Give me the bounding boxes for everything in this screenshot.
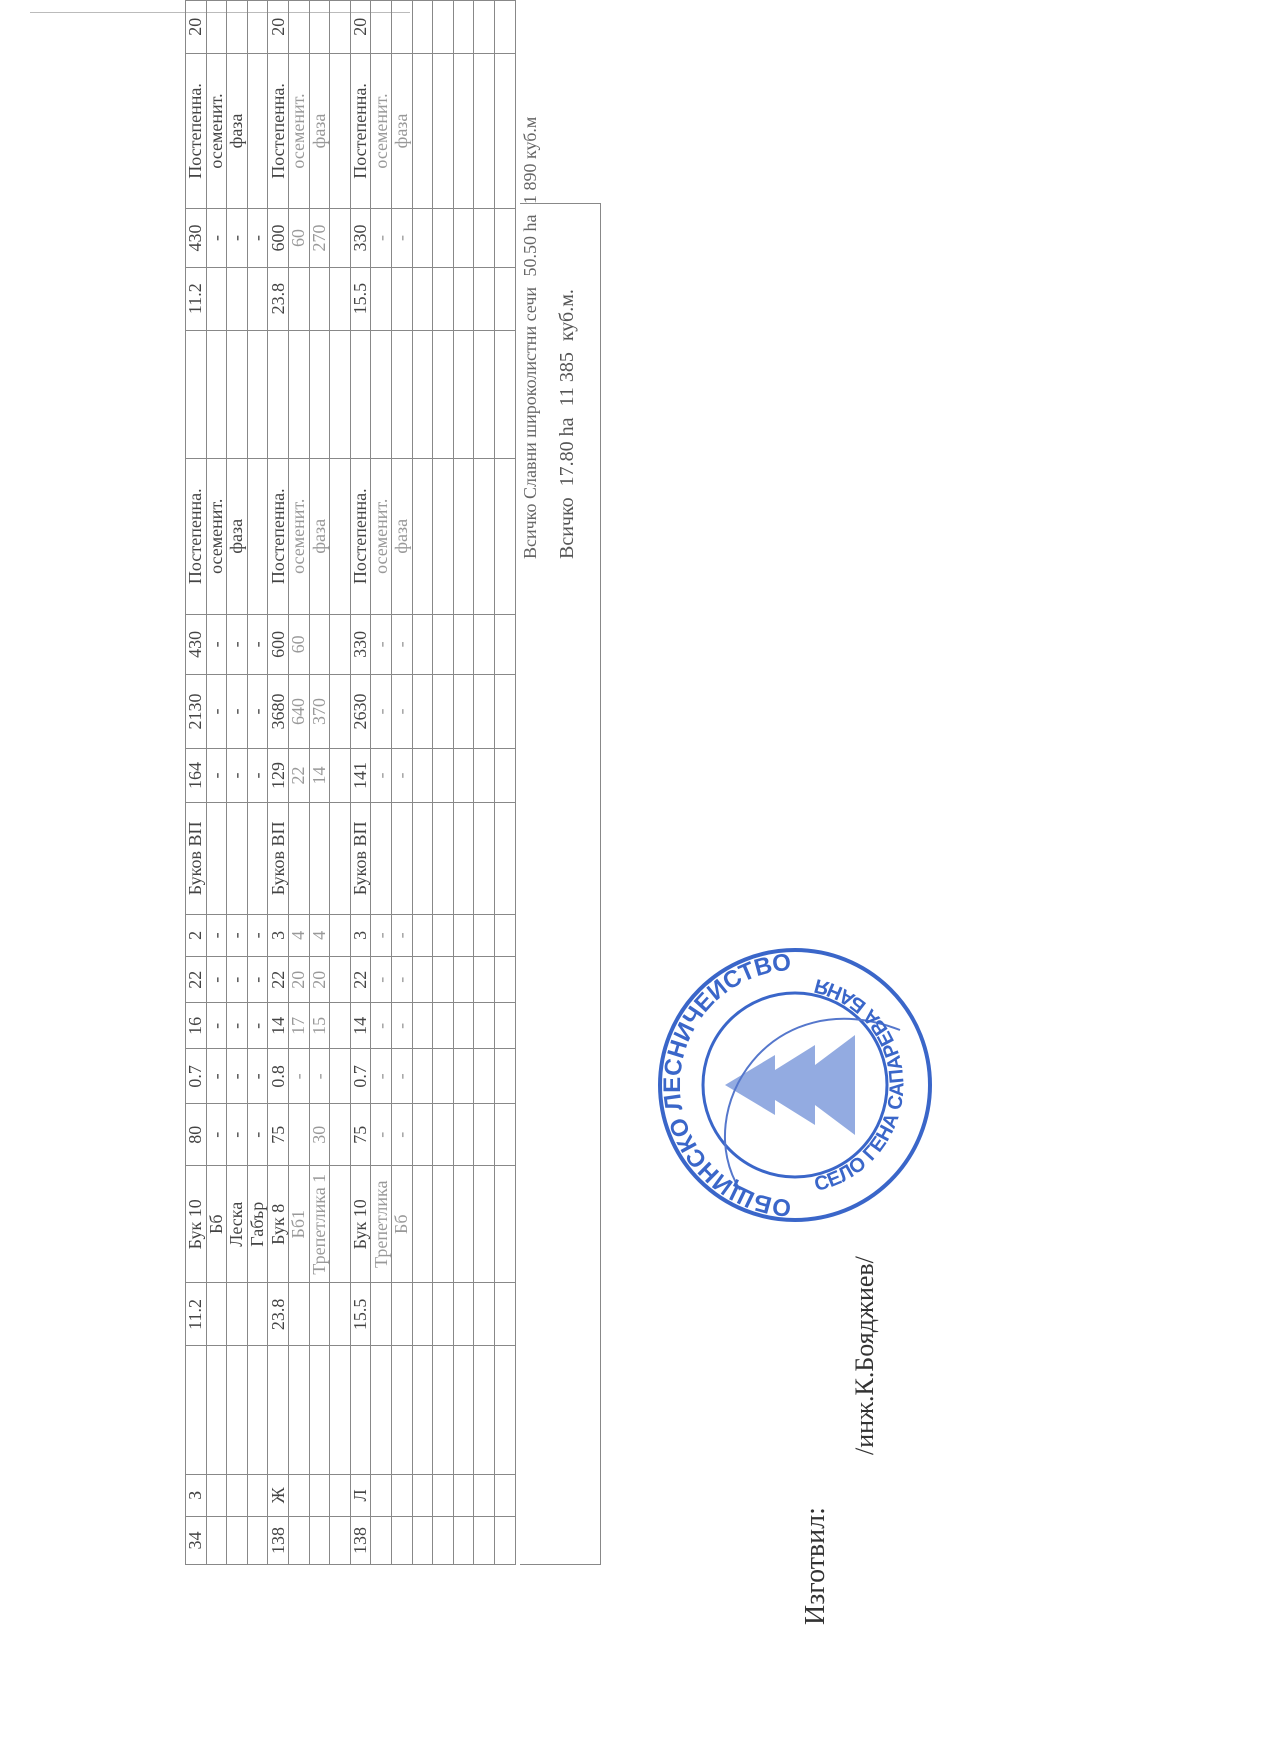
table-cell [309,614,330,675]
table-cell: - [391,1003,412,1049]
table-cell [494,330,515,458]
table-cell [433,675,454,749]
table-row: 138Ж23.8Бук 8750.814223Буков ВП129368060… [268,1,289,1565]
table-cell: Бб [391,1166,412,1283]
table-row: 34З11.2Бук 10800.716222Буков ВП164213043… [186,1,207,1565]
table-cell [453,1474,474,1517]
table-cell [453,209,474,267]
table-cell: 164 [186,748,207,802]
table-cell: 14 [309,748,330,802]
table-cell [247,458,268,614]
table-row: 138Л15.5Бук 10750.714223Буков ВП14126303… [350,1,371,1565]
table-cell [206,1,227,54]
table-cell [206,330,227,458]
table-cell [206,1517,227,1565]
table-cell [288,330,309,458]
table-cell [412,53,433,209]
table-cell: - [247,675,268,749]
table-cell [330,957,351,1003]
table-cell [453,1517,474,1565]
table-cell [330,1166,351,1283]
table-cell [371,1517,392,1565]
table-cell [494,458,515,614]
table-cell: - [309,1049,330,1104]
table-cell [247,267,268,330]
table-cell: 330 [350,614,371,675]
table-cell [453,1346,474,1474]
table-cell [371,267,392,330]
table-cell [309,803,330,915]
table-cell [474,53,495,209]
table-cell [474,267,495,330]
table-cell: 3 [268,914,289,957]
table-cell [371,1,392,54]
table-cell: 270 [309,209,330,267]
table-row: Бб--------фаза-фаза [391,1,412,1565]
table-cell [412,1104,433,1166]
table-cell: - [247,748,268,802]
table-cell [227,1,248,54]
table-cell: - [371,957,392,1003]
table-cell [474,675,495,749]
table-cell [494,1474,515,1517]
table-cell [433,53,454,209]
table-cell: 3680 [268,675,289,749]
totals-all-label: Всичко [556,497,578,559]
table-row: Бб1-172042264060осеменит.60осеменит. [288,1,309,1565]
table-cell: осеменит. [206,53,227,209]
table-cell [474,957,495,1003]
table-cell: - [227,675,248,749]
totals-all-line: Всичко 17.80 ha 11 385 куб.м. [556,289,579,565]
table-cell: - [206,914,227,957]
table-cell [453,748,474,802]
totals-broadleaf-line: Всичко Славни широколистни сечи 50.50 ha… [520,117,541,565]
table-cell: 60 [288,614,309,675]
table-cell: Постепенна. [268,458,289,614]
table-cell [433,803,454,915]
totals-broadleaf-label: Всичко Славни широколистни сечи [520,287,540,559]
table-cell [453,614,474,675]
table-cell [288,267,309,330]
table-cell: - [247,614,268,675]
table-cell [247,1517,268,1565]
table-cell [494,267,515,330]
table-cell [474,748,495,802]
table-cell [453,1,474,54]
table-cell [391,330,412,458]
table-cell [474,458,495,614]
table-cell: 138 [268,1517,289,1565]
table-cell [330,675,351,749]
table-cell [474,1474,495,1517]
table-cell: 22 [268,957,289,1003]
table-cell: - [371,1003,392,1049]
totals-all-volume: 11 385 [556,352,578,406]
table-cell: Буков ВП [268,803,289,915]
table-cell: - [391,914,412,957]
totals-all-unit: куб.м. [556,289,578,341]
table-cell: - [227,748,248,802]
table-cell [412,1517,433,1565]
table-cell: 15 [309,1003,330,1049]
table-cell [391,1346,412,1474]
table-cell [268,330,289,458]
table-cell [206,1346,227,1474]
table-row: Леска--------фаза-фаза [227,1,248,1565]
table-cell: 2130 [186,675,207,749]
table-cell [330,1474,351,1517]
table-cell [433,1049,454,1104]
table-cell [474,1283,495,1346]
table-cell [247,1,268,54]
table-cell: 80 [186,1104,207,1166]
table-cell [412,1166,433,1283]
table-cell [330,1049,351,1104]
table-cell [330,458,351,614]
table-cell [288,1346,309,1474]
table-cell: - [206,748,227,802]
table-cell: - [371,914,392,957]
table-cell [433,1517,454,1565]
table-cell: 0.7 [350,1049,371,1104]
table-cell [494,748,515,802]
table-cell [412,267,433,330]
table-cell [391,1517,412,1565]
table-cell [412,1003,433,1049]
table-cell: - [371,209,392,267]
table-cell [453,914,474,957]
table-cell: фаза [391,458,412,614]
table-cell: Л [350,1474,371,1517]
table-cell [206,1283,227,1346]
table-cell [494,914,515,957]
table-cell: - [227,957,248,1003]
table-cell [412,1049,433,1104]
table-cell: - [247,1003,268,1049]
totals-broadleaf-area: 50.50 ha [520,214,540,276]
table-cell [453,1283,474,1346]
table-cell: 23.8 [268,267,289,330]
table-cell [247,330,268,458]
table-cell [433,1003,454,1049]
table-cell: Буков ВП [350,803,371,915]
prepared-by-name: /инж.К.Бояджиев/ [850,1256,880,1455]
table-cell: 20 [350,1,371,54]
table-cell: - [206,1049,227,1104]
table-cell [227,1283,248,1346]
table-cell [412,1346,433,1474]
table-cell: фаза [309,458,330,614]
table-cell: 23.8 [268,1283,289,1346]
table-cell [494,1166,515,1283]
table-cell [433,1166,454,1283]
table-cell: осеменит. [288,458,309,614]
table-cell [433,267,454,330]
table-cell [433,614,454,675]
table-cell [453,675,474,749]
table-cell [330,1517,351,1565]
table-cell: фаза [391,53,412,209]
table-cell [330,1003,351,1049]
table-cell: 22 [186,957,207,1003]
table-cell [494,53,515,209]
table-cell: осеменит. [206,458,227,614]
table-cell: 15.5 [350,267,371,330]
table-cell: Габър [247,1166,268,1283]
table-cell [494,614,515,675]
table-cell [350,1346,371,1474]
table-cell [433,330,454,458]
table-cell [412,614,433,675]
table-cell [474,803,495,915]
table-row [494,1,515,1565]
table-cell: 2630 [350,675,371,749]
table-cell [309,1474,330,1517]
table-cell: - [227,1003,248,1049]
table-cell: - [227,614,248,675]
table-cell: 138 [350,1517,371,1565]
table-cell [453,330,474,458]
table-cell [494,1049,515,1104]
table-cell [330,209,351,267]
table-cell [227,1474,248,1517]
table-row [453,1,474,1565]
table-cell: Бб [206,1166,227,1283]
table-cell [288,1474,309,1517]
table-row: Габър--------- [247,1,268,1565]
table-cell [453,53,474,209]
forestry-stamp-icon: ОБЩИНСКО ЛЕСНИЧЕЙСТВО СЕЛО ГЕНА САПАРЕВА… [650,940,940,1230]
table-cell [227,1517,248,1565]
table-cell [453,267,474,330]
table-cell: - [391,209,412,267]
table-cell: Ж [268,1474,289,1517]
table-cell: - [247,1049,268,1104]
table-cell: Бук 10 [186,1166,207,1283]
table-cell: 15.5 [350,1283,371,1346]
table-row: Трепетлика--------осеменит.-осеменит. [371,1,392,1565]
table-cell [433,458,454,614]
table-cell: - [391,675,412,749]
table-cell: - [227,1104,248,1166]
table-cell [330,748,351,802]
table-cell [288,1104,309,1166]
table-cell [494,1283,515,1346]
table-cell [330,1104,351,1166]
table-cell [494,209,515,267]
table-cell: Трепетлика [371,1166,392,1283]
totals-broadleaf-volume: 1 890 куб.м [520,117,540,204]
table-cell [412,209,433,267]
table-cell [330,614,351,675]
table-cell: - [227,209,248,267]
table-cell: 0.7 [186,1049,207,1104]
table-cell [227,803,248,915]
table-cell [391,267,412,330]
table-cell [453,458,474,614]
table-cell [412,330,433,458]
table-cell [412,458,433,614]
table-cell [309,1,330,54]
table-cell [494,1,515,54]
table-cell [371,330,392,458]
table-cell [330,1346,351,1474]
table-cell [433,1346,454,1474]
table-cell [288,803,309,915]
table-cell [433,1474,454,1517]
table-cell: Постепенна. [268,53,289,209]
table-cell: Бб1 [288,1166,309,1283]
table-cell [247,1283,268,1346]
table-cell [433,1,454,54]
table-cell [330,914,351,957]
table-cell [433,1104,454,1166]
table-cell [330,53,351,209]
table-cell: - [371,1104,392,1166]
table-cell: фаза [227,53,248,209]
table-cell: 370 [309,675,330,749]
table-cell [391,1283,412,1346]
table-cell [433,914,454,957]
table-cell [330,267,351,330]
table-cell: - [206,957,227,1003]
table-cell [474,209,495,267]
table-row [433,1,454,1565]
table-cell: - [371,614,392,675]
table-cell: осеменит. [288,53,309,209]
table-cell: 11.2 [186,1283,207,1346]
table-cell [309,1346,330,1474]
table-cell [206,803,227,915]
table-cell: - [206,209,227,267]
table-cell [474,1049,495,1104]
table-cell: 60 [288,209,309,267]
table-row: Бб--------осеменит.-осеменит. [206,1,227,1565]
table-cell [268,1346,289,1474]
table-cell: Бук 8 [268,1166,289,1283]
table-cell: 30 [309,1104,330,1166]
table-cell: 14 [350,1003,371,1049]
table-row: Трепетлика 130-1520414370фаза270фаза [309,1,330,1565]
table-cell [453,1166,474,1283]
table-cell: 129 [268,748,289,802]
table-cell: 600 [268,209,289,267]
table-cell [453,957,474,1003]
table-cell [412,957,433,1003]
rotated-page: 34З11.2Бук 10800.716222Буков ВП164213043… [0,0,1275,1755]
table-cell: - [247,1104,268,1166]
table-cell [494,957,515,1003]
table-cell: - [227,914,248,957]
table-cell [309,1283,330,1346]
table-cell: фаза [309,53,330,209]
table-cell [288,1283,309,1346]
table-cell: 20 [288,957,309,1003]
table-cell: - [391,1104,412,1166]
table-cell: З [186,1474,207,1517]
table-cell: - [247,209,268,267]
table-cell [494,675,515,749]
table-cell: - [206,1003,227,1049]
table-cell [494,803,515,915]
table-cell [433,209,454,267]
table-cell: - [206,614,227,675]
table-cell: Постепенна. [350,53,371,209]
table-cell: - [371,748,392,802]
table-cell [474,1,495,54]
table-cell: - [247,914,268,957]
table-cell: - [391,957,412,1003]
table-cell: 75 [350,1104,371,1166]
totals-all-area: 17.80 ha [556,417,578,486]
table-cell: - [391,748,412,802]
table-cell: 4 [288,914,309,957]
table-cell: Трепетлика 1 [309,1166,330,1283]
table-cell [474,1104,495,1166]
table-cell: 4 [309,914,330,957]
table-cell [247,803,268,915]
table-cell: Постепенна. [350,458,371,614]
table-cell [453,1104,474,1166]
table-cell [391,1474,412,1517]
table-cell [412,1474,433,1517]
table-cell [412,748,433,802]
table-cell [247,1346,268,1474]
table-cell: - [391,1049,412,1104]
table-cell: Леска [227,1166,248,1283]
table-cell: 640 [288,675,309,749]
table-row [474,1,495,1565]
table-cell [412,675,433,749]
table-cell [206,1474,227,1517]
table-cell: 11.2 [186,267,207,330]
table-cell [412,803,433,915]
table-cell: Бук 10 [350,1166,371,1283]
table-cell [391,803,412,915]
table-cell [474,1346,495,1474]
table-cell [453,1049,474,1104]
table-cell [206,267,227,330]
table-cell: 14 [268,1003,289,1049]
table-cell [288,1,309,54]
table-cell [433,748,454,802]
table-cell [371,803,392,915]
table-cell [412,1283,433,1346]
table-cell [371,1474,392,1517]
table-cell [330,803,351,915]
table-row [330,1,351,1565]
table-cell: 3 [350,914,371,957]
table-cell: 600 [268,614,289,675]
table-cell: фаза [227,458,248,614]
table-cell [453,1003,474,1049]
table-cell [433,957,454,1003]
table-cell: 22 [350,957,371,1003]
table-cell: - [247,957,268,1003]
table-cell [350,330,371,458]
table-cell [494,1003,515,1049]
table-cell [247,1474,268,1517]
table-cell [474,330,495,458]
table-cell: - [227,1049,248,1104]
table-cell: Постепенна. [186,458,207,614]
table-cell [330,1,351,54]
table-cell [227,267,248,330]
table-cell: 20 [268,1,289,54]
table-cell [412,914,433,957]
table-cell [309,1517,330,1565]
